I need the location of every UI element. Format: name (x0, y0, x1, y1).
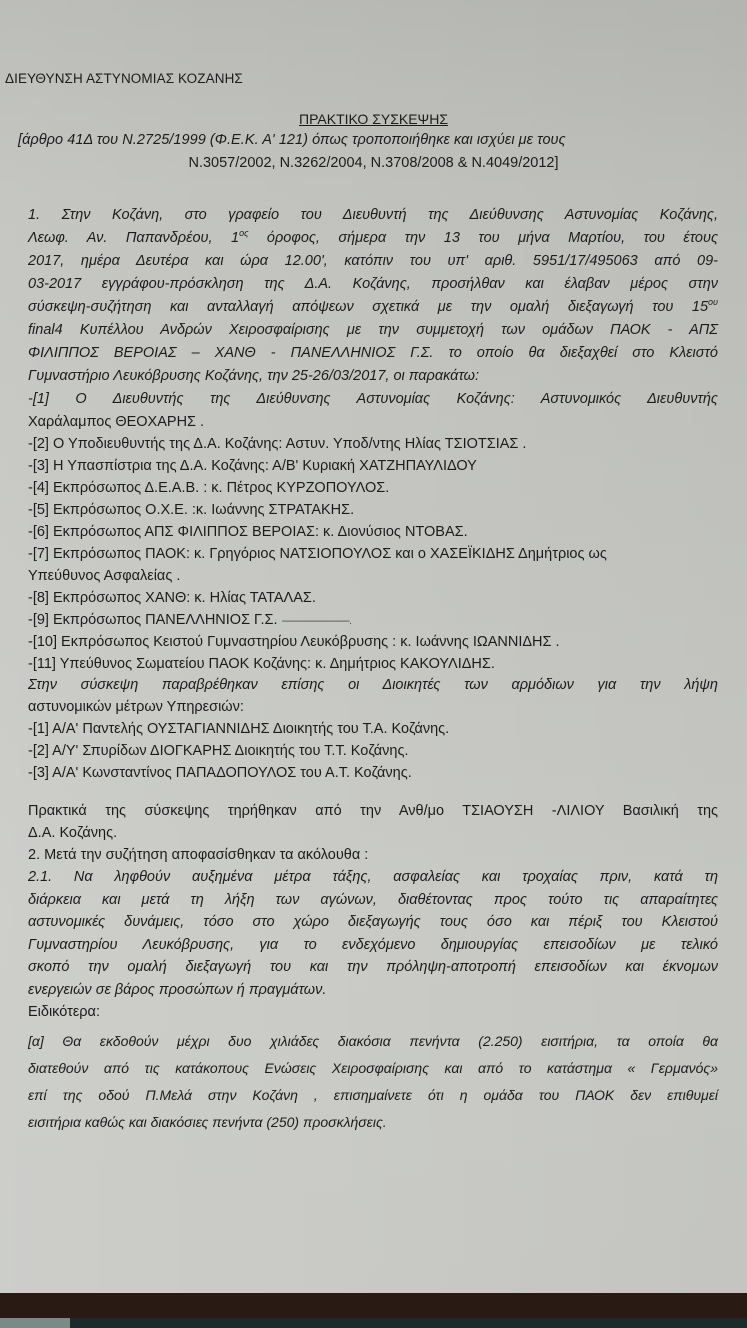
background-surface (0, 1318, 747, 1328)
document-header: ΔΙΕΥΘΥΝΣΗ ΑΣΤΥΝΟΜΙΑΣ ΚΟΖΑΝΗΣ (5, 72, 243, 86)
document-page: ΔΙΕΥΘΥΝΣΗ ΑΣΤΥΝΟΜΙΑΣ ΚΟΖΑΝΗΣ ΠΡΑΚΤΙΚΟ ΣΥ… (0, 0, 747, 1293)
document-title: ΠΡΑΚΤΙΚΟ ΣΥΣΚΕΨΗΣ (0, 112, 747, 126)
specifically-label: Ειδικότερα: (28, 1001, 718, 1024)
commanders-intro-line: Στην σύσκεψη παραβρέθηκαν επίσης οι Διοι… (28, 674, 718, 696)
paragraph-line: αστυνομικές δυνάμεις, τόσο στο χώρο διεξ… (28, 911, 718, 934)
minutes-kept-note: Πρακτικά της σύσκεψης τηρήθηκαν από την … (28, 800, 718, 866)
item-2-1-paragraph: 2.1. Να ληφθούν αυξημένα μέτρα τάξης, ασ… (28, 866, 718, 1024)
attendee-item: -[9] Εκπρόσωπος ΠΑΝΕΛΛΗΝΙΟΣ Γ.Σ. -------… (28, 609, 718, 631)
commander-item: -[1] Α/Α' Παντελής ΟΥΣΤΑΓΙΑΝΝΙΔΗΣ Διοικη… (28, 718, 718, 740)
attendee-item: -[3] Η Υπασπίστρια της Δ.Α. Κοζάνης: Α/Β… (28, 455, 718, 477)
paragraph-line: 03-2017 εγγράφου-πρόσκληση της Δ.Α. Κοζά… (28, 273, 718, 296)
attendee-item: -[8] Εκπρόσωπος ΧΑΝΘ: κ. Ηλίας ΤΑΤΑΛΑΣ. (28, 587, 718, 609)
paragraph-line: διάρκεια και μετά τη λήξη των αγώνων, δι… (28, 889, 718, 912)
paragraph-line: final4 Κυπέλλου Ανδρών Χειροσφαίρισης με… (28, 319, 718, 342)
attendee-item: -[10] Εκπρόσωπος Κειστού Γυμναστηρίου Λε… (28, 631, 718, 653)
paragraph-line: σκοπό την ομαλή διεξαγωγή του και την πρ… (28, 956, 718, 979)
minutes-line: Δ.Α. Κοζάνης. (28, 822, 718, 844)
section-1-paragraph: 1. Στην Κοζάνη, στο γραφείο του Διευθυντ… (28, 204, 718, 388)
attendees-list: -[1] Ο Διευθυντής της Διεύθυνσης Αστυνομ… (28, 388, 718, 675)
attendee-item: -[2] Ο Υποδιευθυντής της Δ.Α. Κοζάνης: Α… (28, 433, 718, 455)
attendee-item: Χαράλαμπος ΘΕΟΧΑΡΗΣ . (28, 411, 718, 433)
legal-reference-line-2: Ν.3057/2002, Ν.3262/2004, Ν.3708/2008 & … (0, 156, 747, 171)
paragraph-line: 2.1. Να ληφθούν αυξημένα μέτρα τάξης, ασ… (28, 866, 718, 889)
commander-item: -[2] Α/Υ' Σπυρίδων ΔΙΟΓΚΑΡΗΣ Διοικητής τ… (28, 740, 718, 762)
attendee-item: -[4] Εκπρόσωπος Δ.Ε.Α.Β. : κ. Πέτρος ΚΥΡ… (28, 477, 718, 499)
paragraph-line: σύσκεψη-συζήτηση και ανταλλαγή απόψεων σ… (28, 296, 718, 319)
commanders-intro-line: αστυνομικών μέτρων Υπηρεσιών: (28, 696, 718, 718)
minutes-line: Πρακτικά της σύσκεψης τηρήθηκαν από την … (28, 800, 718, 822)
attendee-item: -[11] Υπεύθυνος Σωματείου ΠΑΟΚ Κοζάνης: … (28, 653, 718, 675)
paragraph-line: Γυμναστηρίου Λευκόβρυσης, για το ενδεχόμ… (28, 934, 718, 957)
attendee-item: -[6] Εκπρόσωπος ΑΠΣ ΦΙΛΙΠΠΟΣ ΒΕΡΟΙΑΣ: κ.… (28, 521, 718, 543)
commanders-section: Στην σύσκεψη παραβρέθηκαν επίσης οι Διοι… (28, 674, 718, 784)
paragraph-line: Λεωφ. Αν. Παπανδρέου, 1ος όροφος, σήμερα… (28, 227, 718, 250)
blank-placeholder: -----------------------------. (282, 616, 351, 627)
attendee-item: -[5] Εκπρόσωπος Ο.Χ.Ε. :κ. Ιωάννης ΣΤΡΑΤ… (28, 499, 718, 521)
paragraph-line: [α] Θα εκδοθούν μέχρι δυο χιλιάδες διακό… (28, 1030, 718, 1057)
attendee-item: Υπεύθυνος Ασφαλείας . (28, 565, 718, 587)
attendee-item: -[1] Ο Διευθυντής της Διεύθυνσης Αστυνομ… (28, 388, 718, 411)
paragraph-line: 2017, ημέρα Δευτέρα και ώρα 12.00', κατό… (28, 250, 718, 273)
paragraph-line: ενεργειών σε βάρος προσώπων ή πραγμάτων. (28, 979, 718, 1002)
paragraph-line: εισιτήρια καθώς και διακόσιες πενήντα (2… (28, 1111, 718, 1138)
section-2-heading: 2. Μετά την συζήτηση αποφασίσθηκαν τα ακ… (28, 844, 718, 866)
legal-reference-line-1: [άρθρο 41Δ του Ν.2725/1999 (Φ.Ε.Κ. Α' 12… (18, 133, 566, 148)
attendee-item: -[7] Εκπρόσωπος ΠΑΟΚ: κ. Γρηγόριος ΝΑΤΣΙ… (28, 543, 718, 565)
paragraph-line: 1. Στην Κοζάνη, στο γραφείο του Διευθυντ… (28, 204, 718, 227)
commander-item: -[3] Α/Α' Κωνσταντίνος ΠΑΠΑΔΟΠΟΥΛΟΣ του … (28, 762, 718, 784)
paragraph-line: επί της οδού Π.Μελά στην Κοζάνη , επισημ… (28, 1084, 718, 1111)
paragraph-line: Γυμναστήριο Λευκόβρυσης Κοζάνης, την 25-… (28, 365, 718, 388)
item-a-paragraph: [α] Θα εκδοθούν μέχρι δυο χιλιάδες διακό… (28, 1030, 718, 1138)
paragraph-line: ΦΙΛΙΠΠΟΣ ΒΕΡΟΙΑΣ – ΧΑΝΘ - ΠΑΝΕΛΛΗΝΙΟΣ Γ.… (28, 342, 718, 365)
paragraph-line: διατεθούν από τις κατάκοπους Ενώσεις Χει… (28, 1057, 718, 1084)
